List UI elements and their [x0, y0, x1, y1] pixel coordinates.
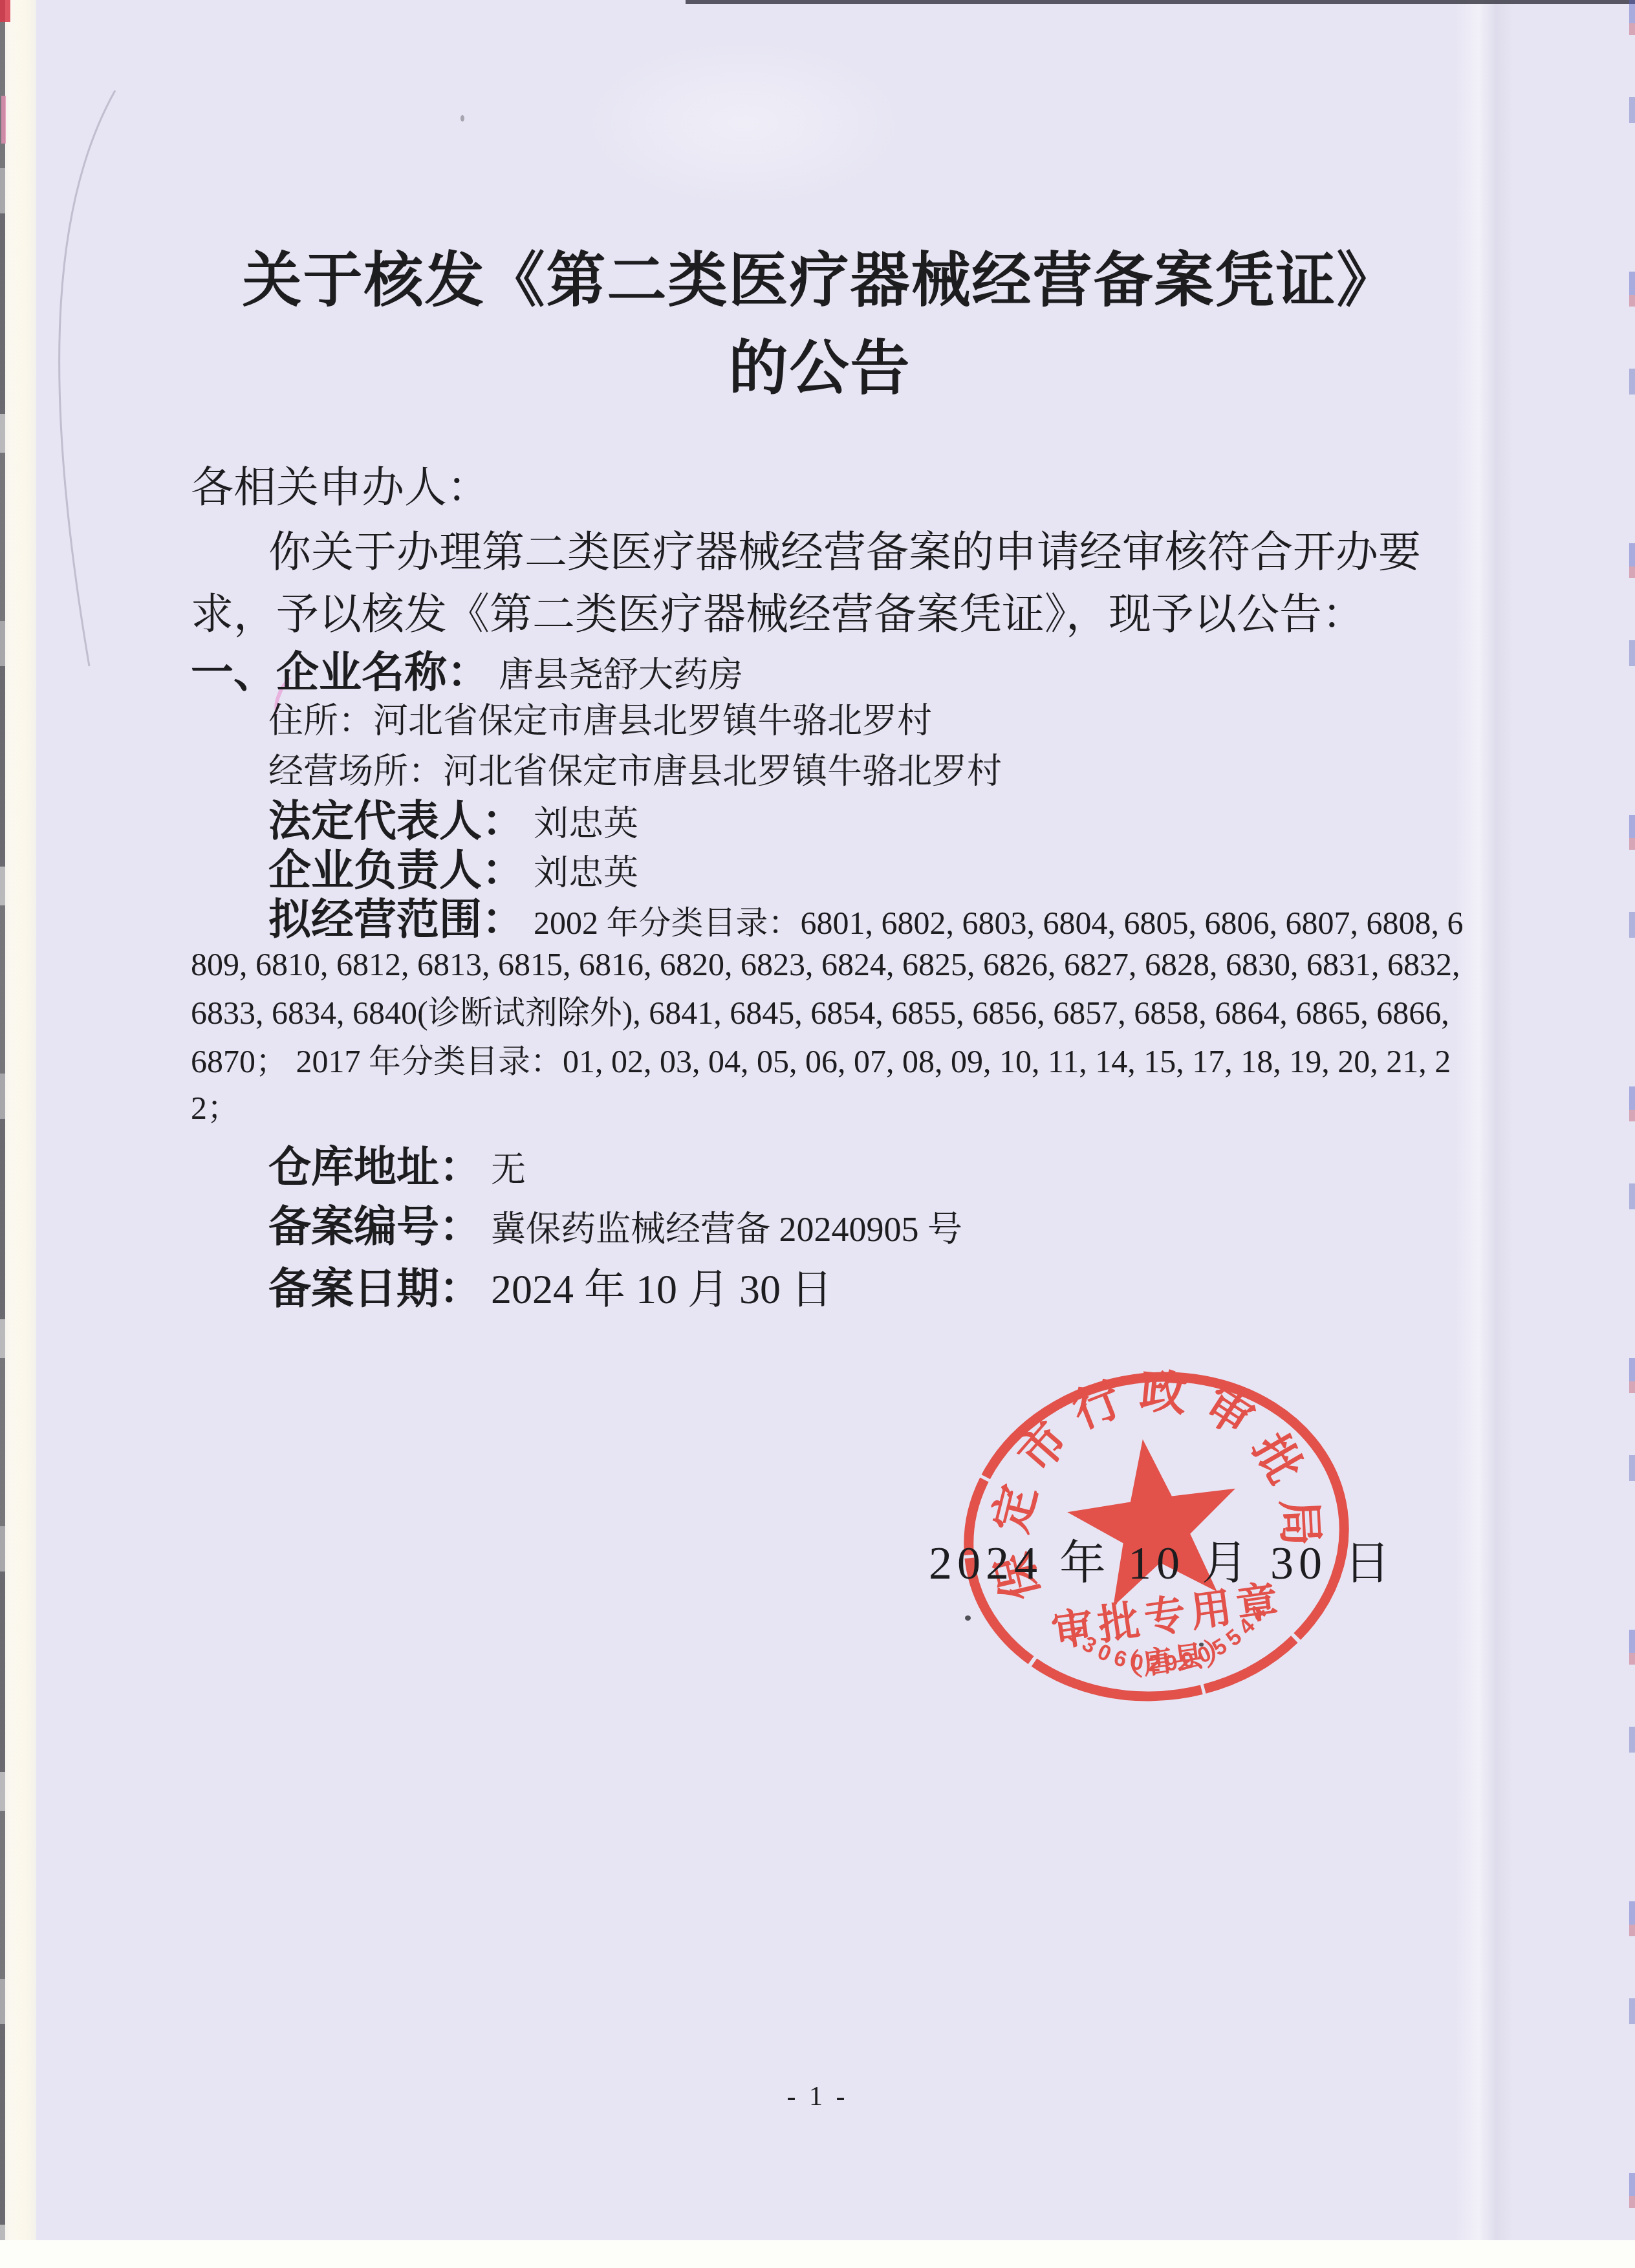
record-date-value: 2024 年 10 月 30 日 — [491, 1266, 832, 1312]
item-marker: 一、 — [191, 648, 276, 696]
record-number-value: 冀保药监械经营备 20240905 号 — [491, 1210, 962, 1249]
company-row: 一、企业名称：唐县尧舒大药房 — [191, 651, 1449, 693]
address-row: 住所：河北省保定市唐县北罗镇牛骆北罗村 — [268, 704, 1449, 739]
scan-left-edge-line — [0, 0, 5, 2268]
scope-intro: 2002 年分类目录：6801, 6802, 6803, 6804, 6805,… — [534, 905, 1464, 941]
scope-row: 拟经营范围：2002 年分类目录：6801, 6802, 6803, 6804,… — [268, 898, 1449, 940]
record-number-row: 备案编号：冀保药监械经营备 20240905 号 — [268, 1205, 1449, 1247]
intro-line-2: 求，予以核发《第二类医疗器械经营备案凭证》，现予以公告： — [191, 594, 1449, 636]
scan-speck — [460, 115, 464, 122]
address-label: 住所： — [268, 702, 373, 740]
legal-rep-row: 法定代表人：刘忠英 — [268, 799, 1449, 842]
intro-line-1: 你关于办理第二类医疗器械经营备案的申请经审核符合开办要 — [268, 532, 1449, 574]
scope-line: 2； — [191, 1092, 1449, 1124]
legal-rep-label: 法定代表人： — [268, 797, 525, 845]
paper-highlight — [582, 39, 905, 207]
manager-label: 企业负责人： — [268, 846, 525, 894]
address-value: 河北省保定市唐县北罗镇牛骆北罗村 — [373, 702, 932, 740]
document-title: 关于核发《第二类医疗器械经营备案凭证》 的公告 — [191, 251, 1449, 398]
paper-crease — [1455, 0, 1513, 2240]
company-label: 企业名称： — [276, 648, 490, 696]
manager-value: 刘忠英 — [534, 854, 638, 892]
pencil-mark-curve — [12, 84, 154, 718]
manager-row: 企业负责人：刘忠英 — [268, 848, 1449, 891]
title-line-2: 的公告 — [191, 339, 1449, 398]
scope-line: 6870； 2017 年分类目录：01, 02, 03, 04, 05, 06,… — [191, 1045, 1449, 1077]
premises-value: 河北省保定市唐县北罗镇牛骆北罗村 — [443, 752, 1002, 791]
record-number-label: 备案编号： — [268, 1202, 482, 1250]
warehouse-label: 仓库地址： — [268, 1143, 482, 1191]
warehouse-row: 仓库地址：无 — [268, 1145, 1449, 1188]
record-date-label: 备案日期： — [268, 1264, 482, 1312]
warehouse-value: 无 — [491, 1150, 526, 1189]
title-line-1: 关于核发《第二类医疗器械经营备案凭证》 — [242, 248, 1397, 314]
scope-line: 809, 6810, 6812, 6813, 6815, 6816, 6820,… — [191, 948, 1449, 980]
issue-date: 2024 年 10 月 30 日 — [929, 1525, 1396, 1592]
scan-right-edge-noise — [1629, 0, 1635, 2268]
document-body: 关于核发《第二类医疗器械经营备案凭证》 的公告 各相关申办人： 你关于办理第二类… — [191, 251, 1449, 1310]
scan-top-edge-line — [686, 0, 1635, 4]
premises-row: 经营场所：河北省保定市唐县北罗镇牛骆北罗村 — [268, 754, 1449, 789]
scope-label: 拟经营范围： — [268, 895, 525, 943]
record-date-row: 备案日期：2024 年 10 月 30 日 — [268, 1267, 1449, 1310]
scan-artifact-red-corner — [0, 0, 10, 22]
premises-label: 经营场所： — [268, 752, 443, 791]
scan-bottom-strip — [0, 2240, 1635, 2268]
salutation: 各相关申办人： — [191, 467, 1449, 510]
scope-line: 6833, 6834, 6840(诊断试剂除外), 6841, 6845, 68… — [191, 997, 1449, 1029]
company-value: 唐县尧舒大药房 — [499, 656, 743, 695]
legal-rep-value: 刘忠英 — [534, 805, 638, 843]
page-number: - 1 - — [0, 2081, 1635, 2112]
scan-artifact-pink-edge — [1, 96, 6, 144]
